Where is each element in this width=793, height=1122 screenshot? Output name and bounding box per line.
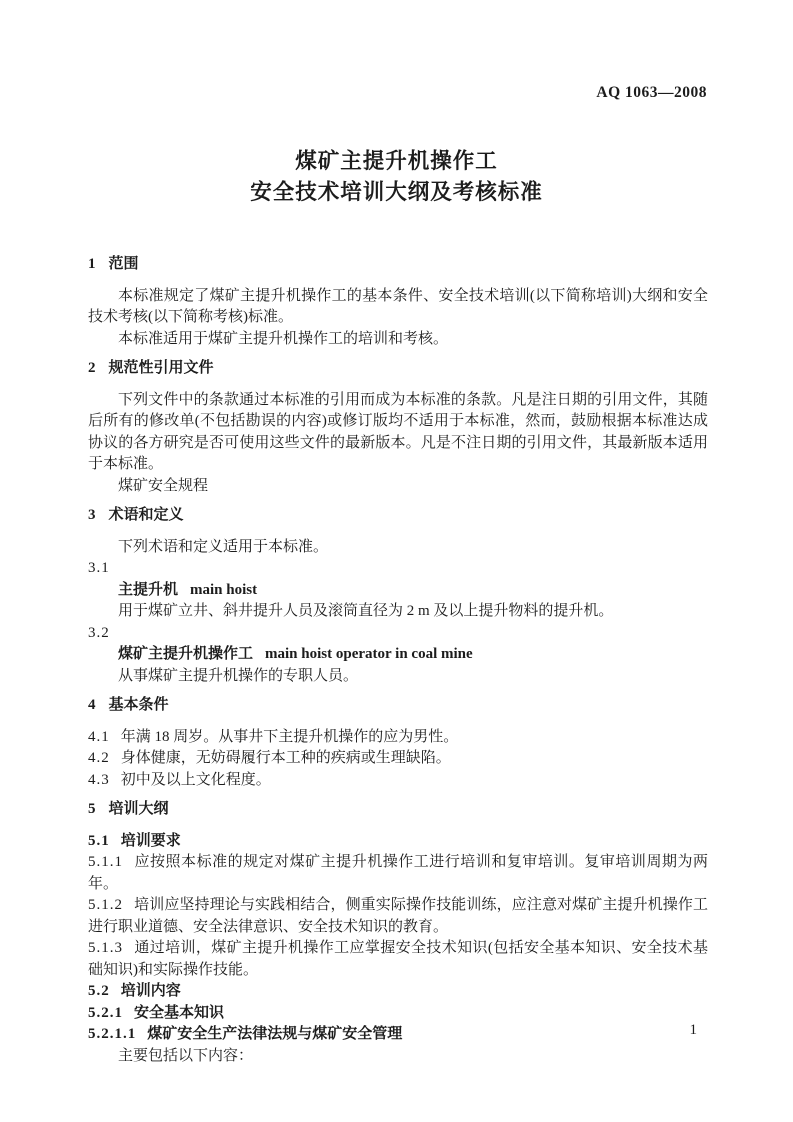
document-title-line-2: 安全技术培训大纲及考核标准 — [0, 177, 793, 208]
document-title: 煤矿主提升机操作工 安全技术培训大纲及考核标准 — [0, 146, 793, 208]
referenced-document: 煤矿安全规程 — [88, 476, 708, 498]
section-number: 1 — [88, 256, 97, 272]
document-title-line-1: 煤矿主提升机操作工 — [0, 146, 793, 177]
clause-5-1-2: 5.1.2培训应坚持理论与实践相结合，侧重实际操作技能训练，应注意对煤矿主提升机… — [88, 895, 708, 938]
term-definition-3-2: 从事煤矿主提升机操作的专职人员。 — [88, 666, 708, 688]
section-heading-text: 规范性引用文件 — [109, 360, 214, 376]
term-line-3-1: 主提升机main hoist — [88, 580, 708, 602]
clause-text: 培训应坚持理论与实践相结合，侧重实际操作技能训练，应注意对煤矿主提升机操作工进行… — [88, 897, 708, 935]
section-1-heading: 1范围 — [88, 254, 708, 276]
term-chinese: 煤矿主提升机操作工 — [118, 646, 253, 662]
section-3-heading: 3术语和定义 — [88, 505, 708, 527]
clause-number-3-2: 3.2 — [88, 623, 708, 645]
document-body: 1范围 本标准规定了煤矿主提升机操作工的基本条件、安全技术培训(以下简称培训)大… — [88, 246, 708, 1067]
clause-text: 通过培训，煤矿主提升机操作工应掌握安全技术知识(包括安全基本知识、安全技术基础知… — [88, 940, 708, 978]
clause-4-3: 4.3初中及以上文化程度。 — [88, 770, 708, 792]
clause-number: 4.2 — [88, 750, 110, 766]
page-number: 1 — [690, 1022, 698, 1039]
subsection-5-1-heading: 5.1培训要求 — [88, 831, 708, 853]
section-heading-text: 范围 — [109, 256, 139, 272]
clause-number: 5.1.3 — [88, 940, 123, 956]
section-number: 3 — [88, 507, 97, 523]
paragraph-normative-refs: 下列文件中的条款通过本标准的引用而成为本标准的条款。凡是注日期的引用文件，其随后… — [88, 390, 708, 476]
clause-number: 5.1.2 — [88, 897, 123, 913]
paragraph-scope-2: 本标准适用于煤矿主提升机操作工的培训和考核。 — [88, 329, 708, 351]
subsection-5-2-heading: 5.2培训内容 — [88, 981, 708, 1003]
section-heading-text: 安全基本知识 — [134, 1005, 224, 1021]
section-heading-text: 培训大纲 — [109, 801, 169, 817]
section-heading-text: 培训要求 — [121, 833, 181, 849]
clause-4-2: 4.2身体健康，无妨碍履行本工种的疾病或生理缺陷。 — [88, 748, 708, 770]
subsection-5-2-1-1-heading: 5.2.1.1煤矿安全生产法律法规与煤矿安全管理 — [88, 1024, 708, 1046]
clause-5-1-3: 5.1.3通过培训，煤矿主提升机操作工应掌握安全技术知识(包括安全基本知识、安全… — [88, 938, 708, 981]
clause-text: 初中及以上文化程度。 — [121, 772, 271, 788]
paragraph-scope-1: 本标准规定了煤矿主提升机操作工的基本条件、安全技术培训(以下简称培训)大纲和安全… — [88, 286, 708, 329]
clause-4-1: 4.1年满 18 周岁。从事井下主提升机操作的应为男性。 — [88, 727, 708, 749]
section-number: 2 — [88, 360, 97, 376]
section-heading-text: 基本条件 — [109, 697, 169, 713]
section-heading-text: 术语和定义 — [109, 507, 184, 523]
paragraph-content-intro: 主要包括以下内容： — [88, 1046, 708, 1068]
term-line-3-2: 煤矿主提升机操作工main hoist operator in coal min… — [88, 644, 708, 666]
subsection-5-2-1-heading: 5.2.1安全基本知识 — [88, 1003, 708, 1025]
term-chinese: 主提升机 — [118, 582, 178, 598]
standard-code: AQ 1063—2008 — [596, 84, 707, 102]
section-2-heading: 2规范性引用文件 — [88, 358, 708, 380]
clause-text: 应按照本标准的规定对煤矿主提升机操作工进行培训和复审培训。复审培训周期为两年。 — [88, 854, 708, 892]
section-number: 5.1 — [88, 833, 110, 849]
section-4-heading: 4基本条件 — [88, 695, 708, 717]
term-english: main hoist — [190, 582, 257, 598]
clause-number: 5.1.1 — [88, 854, 123, 870]
section-number: 4 — [88, 697, 97, 713]
clause-5-1-1: 5.1.1应按照本标准的规定对煤矿主提升机操作工进行培训和复审培训。复审培训周期… — [88, 852, 708, 895]
section-number: 5.2.1.1 — [88, 1026, 136, 1042]
section-5-heading: 5培训大纲 — [88, 799, 708, 821]
clause-text: 年满 18 周岁。从事井下主提升机操作的应为男性。 — [121, 729, 459, 745]
paragraph-terms-intro: 下列术语和定义适用于本标准。 — [88, 537, 708, 559]
section-heading-text: 培训内容 — [121, 983, 181, 999]
term-english: main hoist operator in coal mine — [265, 646, 473, 662]
section-heading-text: 煤矿安全生产法律法规与煤矿安全管理 — [147, 1026, 402, 1042]
clause-number: 4.1 — [88, 729, 110, 745]
clause-text: 身体健康，无妨碍履行本工种的疾病或生理缺陷。 — [121, 750, 451, 766]
document-page: AQ 1063—2008 煤矿主提升机操作工 安全技术培训大纲及考核标准 1范围… — [0, 0, 793, 1122]
section-number: 5.2.1 — [88, 1005, 123, 1021]
term-definition-3-1: 用于煤矿立井、斜井提升人员及滚筒直径为 2 m 及以上提升物料的提升机。 — [88, 601, 708, 623]
section-number: 5.2 — [88, 983, 110, 999]
clause-number: 4.3 — [88, 772, 110, 788]
section-number: 5 — [88, 801, 97, 817]
clause-number-3-1: 3.1 — [88, 558, 708, 580]
